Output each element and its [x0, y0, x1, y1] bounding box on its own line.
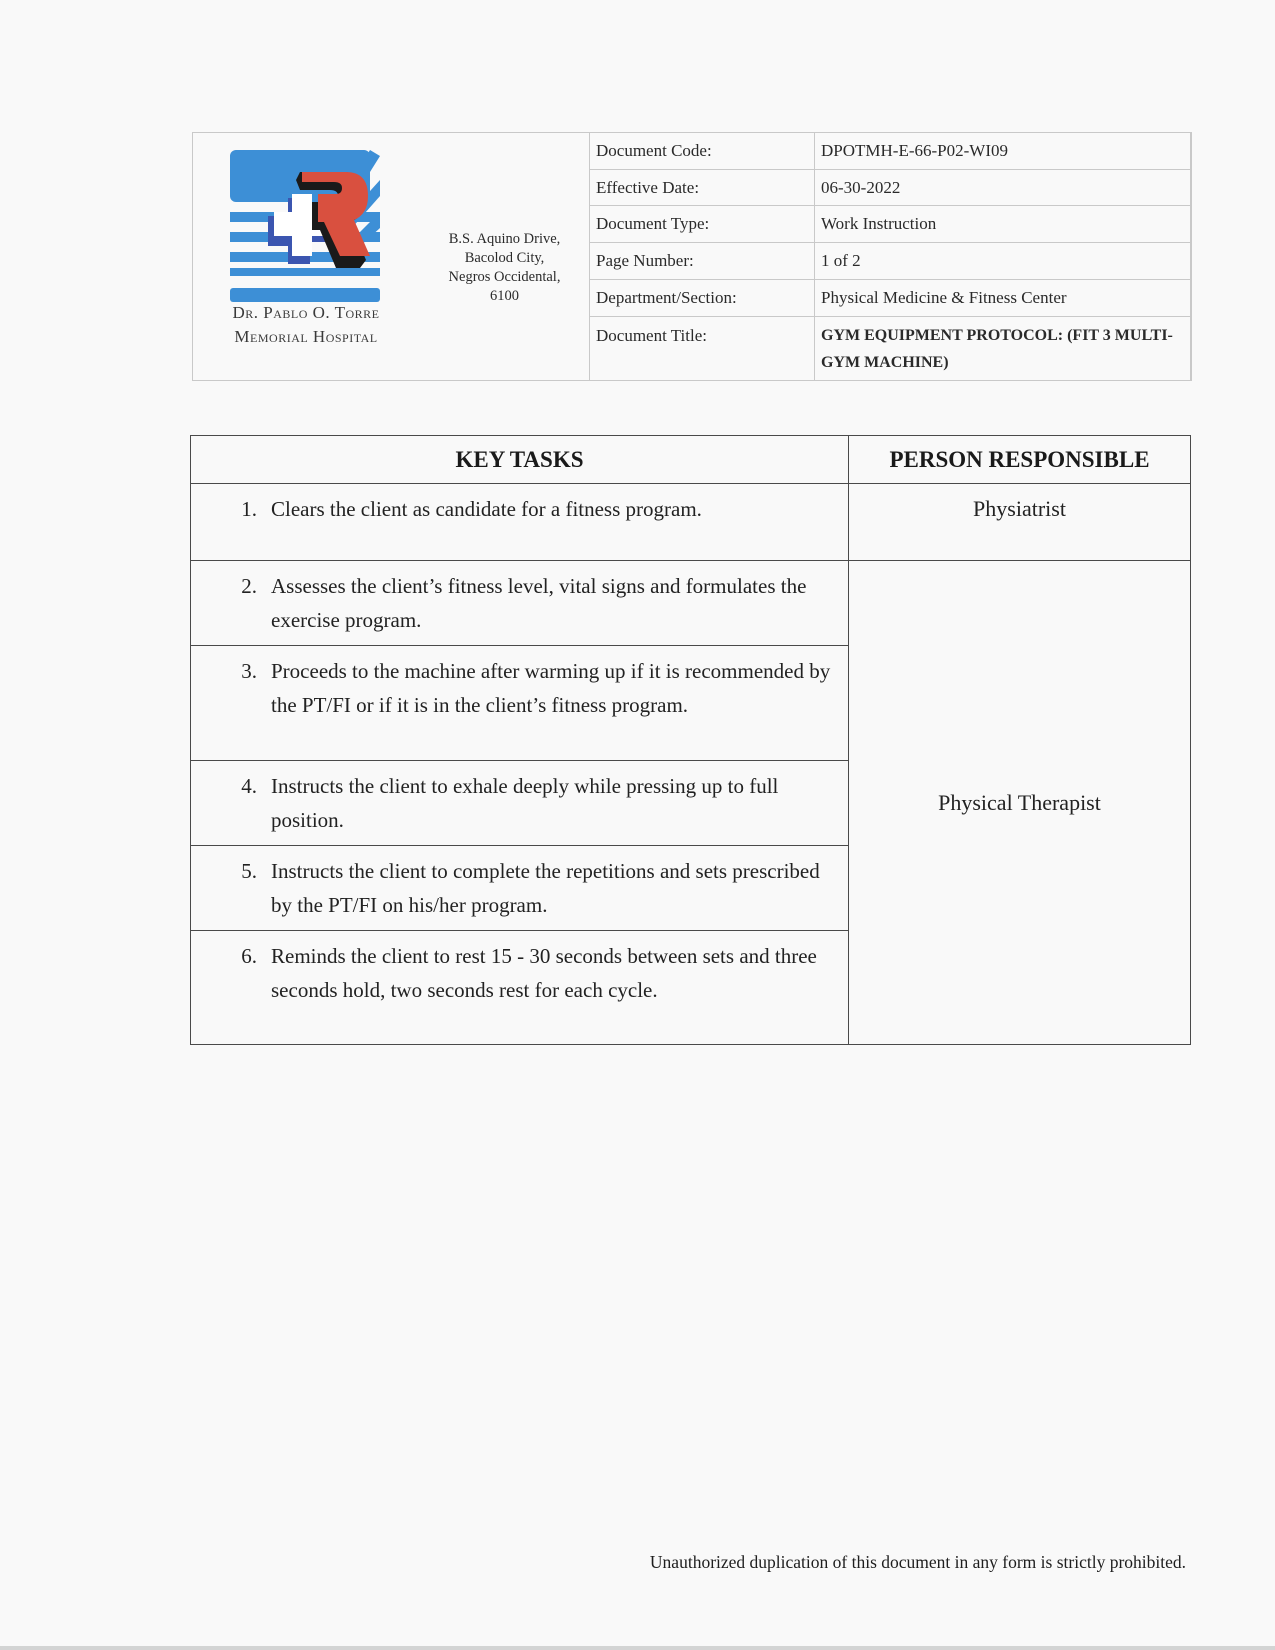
key-tasks-header: KEY TASKS — [191, 436, 849, 484]
meta-row: Document Type: Work Instruction — [590, 206, 1192, 243]
task-text: Proceeds to the machine after warming up… — [271, 654, 838, 722]
task-cell: 4. Instructs the client to exhale deeply… — [191, 761, 849, 846]
page-number-value: 1 of 2 — [815, 243, 1192, 280]
hospital-address: B.S. Aquino Drive, Bacolod City, Negros … — [419, 230, 590, 306]
document-title-value: GYM EQUIPMENT PROTOCOL: (FIT 3 MULTI-GYM… — [815, 316, 1192, 380]
person-responsible-header: PERSON RESPONSIBLE — [849, 436, 1191, 484]
task-cell: 2. Assesses the client’s fitness level, … — [191, 561, 849, 646]
document-meta-table: Document Code: DPOTMH-E-66-P02-WI09 Effe… — [589, 132, 1192, 381]
logo-cell: Dr. Pablo O. Torre Memorial Hospital B.S… — [193, 133, 590, 380]
meta-row: Effective Date: 06-30-2022 — [590, 169, 1192, 206]
hospital-name: Dr. Pablo O. Torre Memorial Hospital — [193, 301, 419, 349]
task-cell: 3. Proceeds to the machine after warming… — [191, 646, 849, 761]
address-line: Negros Occidental, — [419, 268, 590, 287]
page-edge — [0, 1646, 1275, 1650]
task-text: Assesses the client’s fitness level, vit… — [271, 569, 838, 637]
document-code-value: DPOTMH-E-66-P02-WI09 — [815, 133, 1192, 170]
key-tasks-table: KEY TASKS PERSON RESPONSIBLE 1. Clears t… — [190, 435, 1191, 1045]
meta-label: Document Title: — [590, 316, 815, 380]
meta-row: Department/Section: Physical Medicine & … — [590, 279, 1192, 316]
meta-label: Document Type: — [590, 206, 815, 243]
task-cell: 6. Reminds the client to rest 15 - 30 se… — [191, 931, 849, 1045]
task-number: 3. — [191, 654, 271, 722]
document-header: Dr. Pablo O. Torre Memorial Hospital B.S… — [192, 132, 1191, 381]
person-responsible: Physiatrist — [849, 484, 1191, 561]
task-cell: 5. Instructs the client to complete the … — [191, 846, 849, 931]
table-header-row: KEY TASKS PERSON RESPONSIBLE — [191, 436, 1191, 484]
person-responsible: Physical Therapist — [849, 561, 1191, 1045]
task-cell: 1. Clears the client as candidate for a … — [191, 484, 849, 561]
meta-row: Document Code: DPOTMH-E-66-P02-WI09 — [590, 133, 1192, 170]
table-row: 2. Assesses the client’s fitness level, … — [191, 561, 1191, 646]
hospital-logo-icon — [230, 150, 386, 306]
task-text: Reminds the client to rest 15 - 30 secon… — [271, 939, 838, 1007]
meta-label: Page Number: — [590, 243, 815, 280]
meta-label: Department/Section: — [590, 279, 815, 316]
task-number: 5. — [191, 854, 271, 922]
task-number: 4. — [191, 769, 271, 837]
task-text: Instructs the client to exhale deeply wh… — [271, 769, 838, 837]
table-row: 1. Clears the client as candidate for a … — [191, 484, 1191, 561]
task-number: 6. — [191, 939, 271, 1007]
address-line: Bacolod City, — [419, 249, 590, 268]
department-value: Physical Medicine & Fitness Center — [815, 279, 1192, 316]
meta-row: Document Title: GYM EQUIPMENT PROTOCOL: … — [590, 316, 1192, 380]
task-text: Instructs the client to complete the rep… — [271, 854, 838, 922]
effective-date-value: 06-30-2022 — [815, 169, 1192, 206]
hospital-name-line2: Memorial Hospital — [193, 325, 419, 349]
document-type-value: Work Instruction — [815, 206, 1192, 243]
task-number: 2. — [191, 569, 271, 637]
hospital-name-line1: Dr. Pablo O. Torre — [193, 301, 419, 325]
meta-row: Page Number: 1 of 2 — [590, 243, 1192, 280]
task-number: 1. — [191, 492, 271, 526]
task-text: Clears the client as candidate for a fit… — [271, 492, 838, 526]
meta-label: Document Code: — [590, 133, 815, 170]
meta-label: Effective Date: — [590, 169, 815, 206]
address-line: B.S. Aquino Drive, — [419, 230, 590, 249]
address-line: 6100 — [419, 287, 590, 306]
footer-notice: Unauthorized duplication of this documen… — [650, 1552, 1186, 1573]
